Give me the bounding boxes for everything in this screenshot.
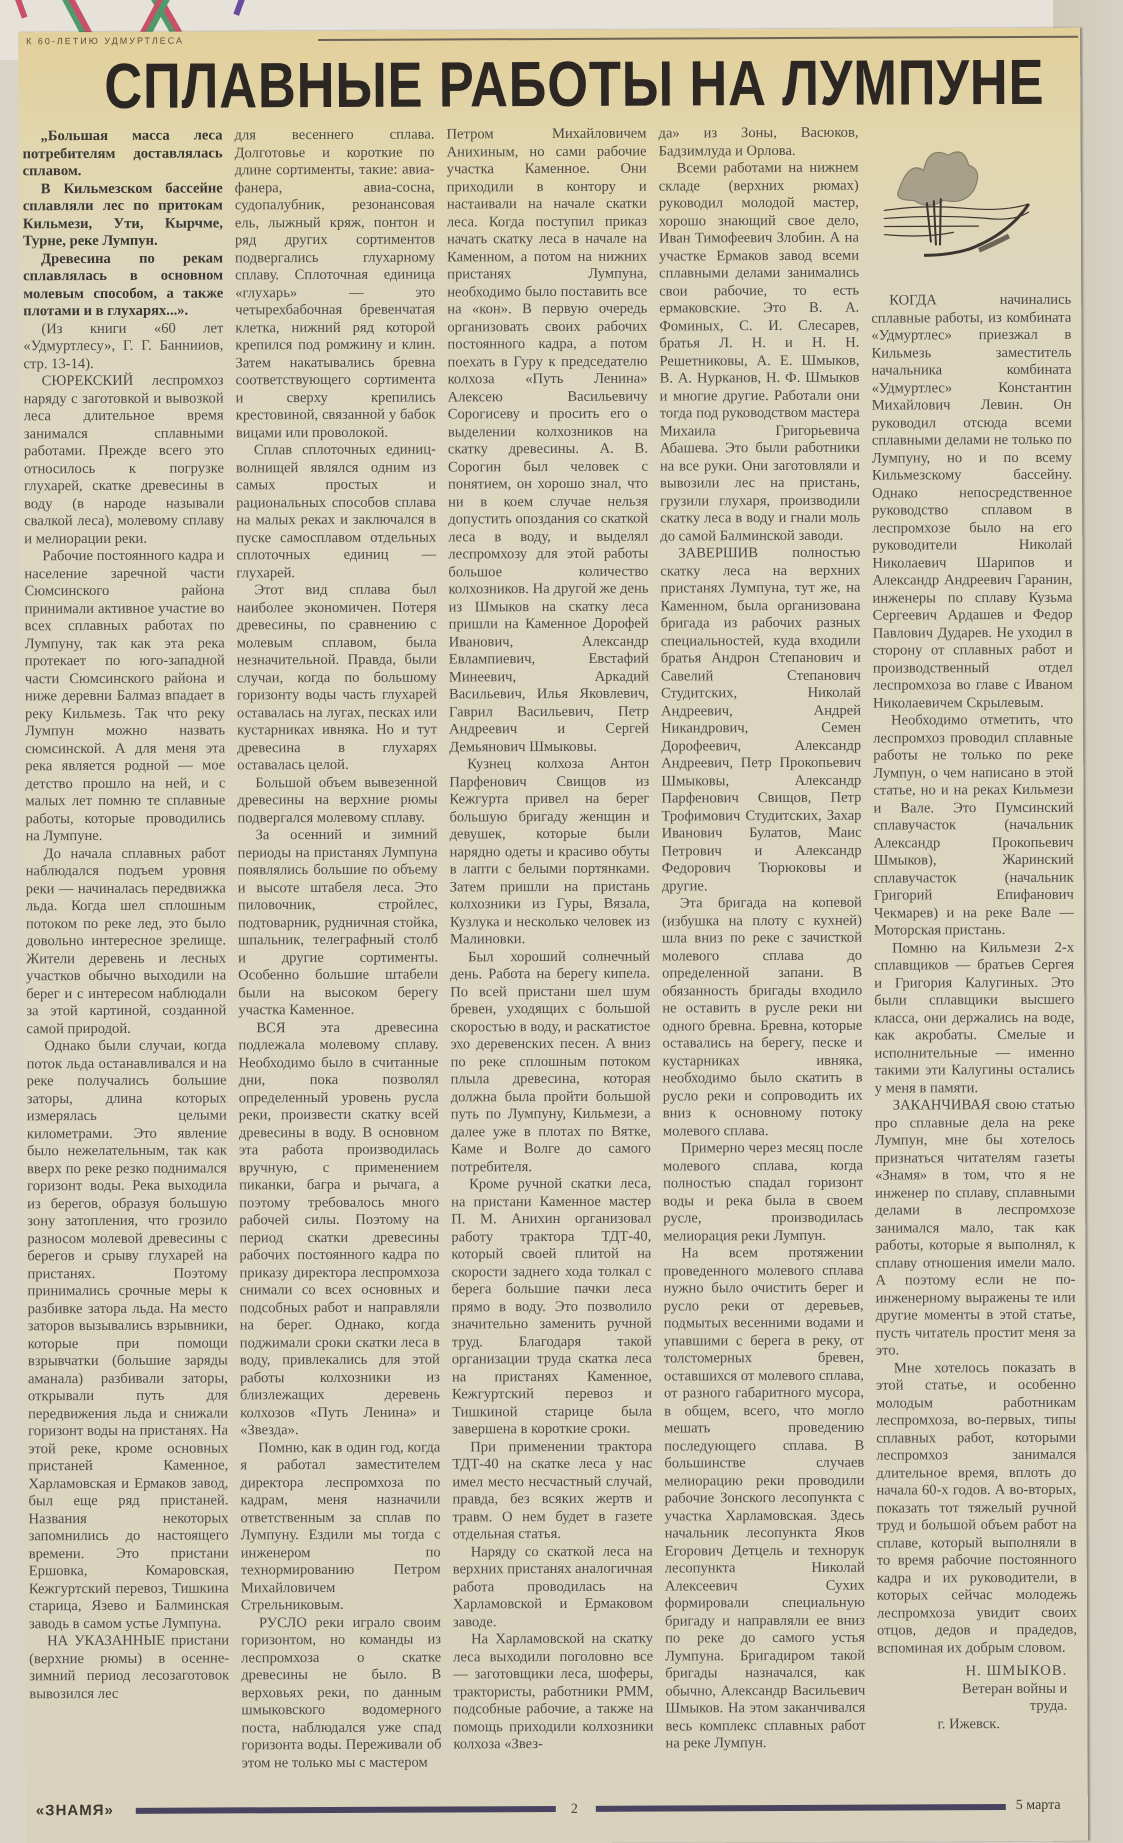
author-city: г. Ижевск. <box>877 1715 1077 1733</box>
top-rule <box>318 36 1078 41</box>
kicker: К 60-ЛЕТИЮ УДМУРТЛЕСА <box>26 35 266 48</box>
paragraph: В Кильмезском бассейне сплавляли лес по … <box>23 180 223 251</box>
page-footer: «ЗНАМЯ» 2 5 марта <box>26 1796 1088 1827</box>
paragraph: Помню, как в один год, когда я работал з… <box>240 1439 441 1615</box>
paragraph: За осенний и зимний периоды на пристанях… <box>238 827 439 1020</box>
newspaper-clipping: К 60-ЛЕТИЮ УДМУРТЛЕСА СПЛАВНЫЕ РАБОТЫ НА… <box>18 28 1088 1843</box>
paragraph: НА УКАЗАННЫЕ пристани (верхние рюмы) в о… <box>29 1632 229 1703</box>
newspaper-name: «ЗНАМЯ» <box>36 1802 114 1819</box>
paragraph: ВСЯ эта древесина подлежала молевому спл… <box>238 1019 440 1440</box>
paragraph: Этот вид сплава был наиболее экономичен.… <box>236 582 437 775</box>
paragraph: Кузнец колхоза Антон Парфенович Свищов и… <box>449 756 650 949</box>
column-2: для весеннего сплава. Долготовье и корот… <box>234 127 441 1788</box>
paragraph: РУСЛО реки играло своим горизонтом, но к… <box>241 1614 442 1772</box>
paragraph: Необходимо отметить, что леспромхоз пров… <box>873 712 1074 940</box>
column-4: да» из Зоны, Васюков, Бадзимлуда и Орлов… <box>658 125 865 1786</box>
paragraph: Большой объем вывезенной древесины на ве… <box>237 774 437 827</box>
paragraph: ЗАКАНЧИВАЯ свою статью про сплавные дела… <box>875 1097 1076 1360</box>
paragraph: Однако были случаи, когда поток льда ост… <box>26 1037 229 1633</box>
column-5-text: КОГДА начинались сплавные работы, из ком… <box>871 292 1077 1734</box>
column-1: „Большая масса леса потребителям доставл… <box>22 127 229 1788</box>
issue-date: 5 марта <box>1016 1798 1061 1814</box>
author-role: труда. <box>877 1698 1077 1716</box>
paragraph: Помню на Кильмези 2-х сплавщиков — брать… <box>874 939 1075 1097</box>
paragraph: „Большая масса леса потребителям доставл… <box>22 127 222 180</box>
paragraph: При применении трактора ТДТ-40 на скатке… <box>452 1438 652 1544</box>
paragraph: Кроме ручной скатки леса, на пристани Ка… <box>451 1176 652 1439</box>
paragraph: да» из Зоны, Васюков, Бадзимлуда и Орлов… <box>658 125 858 161</box>
paragraph: Всеми работами на нижнем складе (верхних… <box>659 160 861 546</box>
footer-rule <box>596 1804 1006 1812</box>
author-name: Н. ШМЫКОВ. <box>877 1663 1077 1681</box>
paragraph: На Харламовской на скатку леса выходили … <box>453 1631 654 1754</box>
paragraph: (Из книги «60 лет «Удмуртлесу», Г. Г. Ба… <box>23 320 223 373</box>
paragraph: Древесина по рекам сплавлялась в основно… <box>23 250 223 321</box>
paragraph: для весеннего сплава. Долготовье и корот… <box>234 127 435 443</box>
river-landscape-illustration <box>878 130 1039 261</box>
paragraph: Был хороший солнечный день. Работа на бе… <box>450 948 651 1176</box>
paragraph: До начала сплавных работ наблюдался подъ… <box>26 845 227 1038</box>
paragraph: СЮРЕКСКИЙ леспромхоз наряду с заготовкой… <box>24 372 225 548</box>
footer-rule <box>136 1806 556 1814</box>
paragraph: Сплав сплоточных единиц-волнищей являлся… <box>236 442 437 583</box>
page-number: 2 <box>571 1802 578 1818</box>
paragraph: ЗАВЕРШИВ полностью скатку леса на верхни… <box>660 545 862 896</box>
column-5: КОГДА начинались сплавные работы, из ком… <box>870 124 1077 1785</box>
article-body: „Большая масса леса потребителям доставл… <box>22 124 1079 1789</box>
author-byline: Н. ШМЫКОВ.Ветеран войны итруда.г. Ижевск… <box>877 1663 1077 1734</box>
author-role: Ветеран войны и <box>877 1680 1077 1698</box>
paragraph: КОГДА начинались сплавные работы, из ком… <box>871 292 1073 713</box>
column-3: Петром Михайловичем Анихиным, но сами ра… <box>446 126 653 1787</box>
paragraph: На всем протяжении проведенного молевого… <box>663 1245 865 1753</box>
paragraph: Эта бригада на копевой (избушка на плоту… <box>662 895 863 1141</box>
paragraph: Мне хотелось показать в этой статье, и о… <box>876 1359 1077 1657</box>
paragraph: Рабочие постоянного кадра и население за… <box>24 547 225 845</box>
headline: СПЛАВНЫЕ РАБОТЫ НА ЛУМПУНЕ <box>104 47 842 122</box>
paragraph: Наряду со скаткой леса на верхних приста… <box>453 1543 653 1631</box>
paragraph: Петром Михайловичем Анихиным, но сами ра… <box>446 126 649 757</box>
paragraph: Примерно через месяц после молевого спла… <box>663 1140 863 1246</box>
